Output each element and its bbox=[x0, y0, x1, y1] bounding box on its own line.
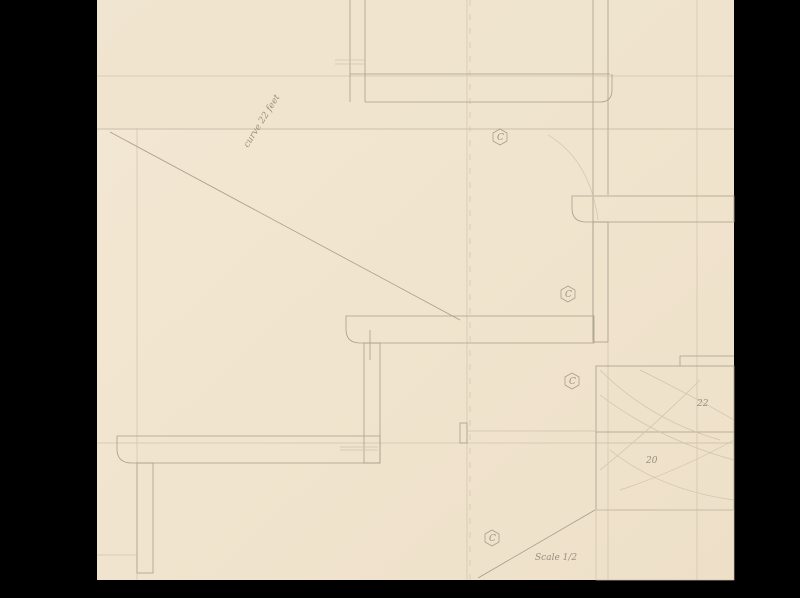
svg-text:C: C bbox=[497, 133, 504, 143]
svg-text:C: C bbox=[569, 377, 576, 387]
svg-text:C: C bbox=[489, 534, 496, 544]
section-label-upper: 22 bbox=[696, 399, 709, 409]
section-label-lower: 20 bbox=[645, 456, 658, 466]
bottom-note: Scale 1/2 bbox=[535, 553, 577, 563]
drawing-sheet: C C C C curve 22 feet 22 20 Scale 1/2 bbox=[0, 0, 800, 598]
svg-text:C: C bbox=[565, 290, 572, 300]
paper bbox=[97, 0, 734, 580]
